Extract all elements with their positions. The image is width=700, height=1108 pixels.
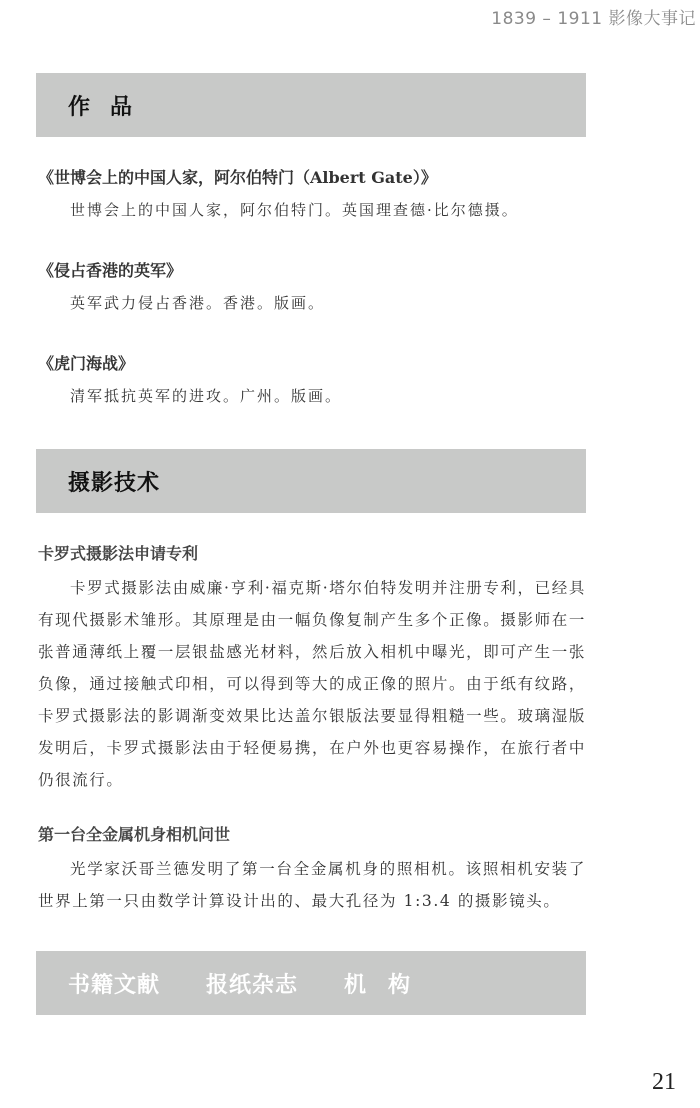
section-title: 作品 xyxy=(68,90,152,121)
page-number: 21 xyxy=(652,1069,676,1096)
work-item: 《世博会上的中国人家，阿尔伯特门（Albert Gate）》 世博会上的中国人家… xyxy=(38,166,598,222)
work-item: 《虎门海战》 清军抵抗英军的进攻。广州。版画。 xyxy=(38,352,598,408)
article-title: 卡罗式摄影法申请专利 xyxy=(38,542,586,566)
section-header-technology: 摄影技术 xyxy=(36,449,586,513)
nav-item-newspapers-magazines[interactable]: 报纸杂志 xyxy=(206,968,298,999)
work-description: 英军武力侵占香港。香港。版画。 xyxy=(38,291,598,315)
article: 第一台全金属机身相机问世 光学家沃哥兰德发明了第一台全金属机身的照相机。该照相机… xyxy=(38,823,586,917)
work-description: 清军抵抗英军的进攻。广州。版画。 xyxy=(38,384,598,408)
nav-item-institutions[interactable]: 机构 xyxy=(344,968,432,999)
article-body: 光学家沃哥兰德发明了第一台全金属机身的照相机。该照相机安装了世界上第一只由数学计… xyxy=(38,853,586,917)
article: 卡罗式摄影法申请专利 卡罗式摄影法由威廉·亨利·福克斯·塔尔伯特发明并注册专利，… xyxy=(38,542,586,796)
section-header-works: 作品 xyxy=(36,73,586,137)
category-nav-bar: 书籍文献 报纸杂志 机构 xyxy=(36,951,586,1015)
article-title: 第一台全金属机身相机问世 xyxy=(38,823,586,847)
article-body: 卡罗式摄影法由威廉·亨利·福克斯·塔尔伯特发明并注册专利，已经具有现代摄影术雏形… xyxy=(38,572,586,796)
work-title: 《侵占香港的英军》 xyxy=(38,259,598,283)
running-header: 1839 – 1911 影像大事记 xyxy=(491,4,696,29)
work-title: 《虎门海战》 xyxy=(38,352,598,376)
work-item: 《侵占香港的英军》 英军武力侵占香港。香港。版画。 xyxy=(38,259,598,315)
work-description: 世博会上的中国人家，阿尔伯特门。英国理查德·比尔德摄。 xyxy=(38,198,598,222)
nav-item-books-documents[interactable]: 书籍文献 xyxy=(68,968,160,999)
section-title: 摄影技术 xyxy=(68,466,160,497)
work-title: 《世博会上的中国人家，阿尔伯特门（Albert Gate）》 xyxy=(38,166,598,190)
